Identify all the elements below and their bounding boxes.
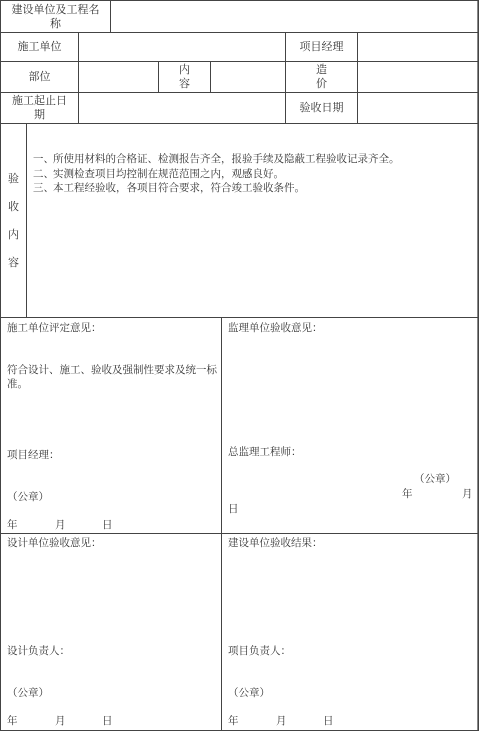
design-signer-label: 设计负责人： (7, 644, 70, 658)
location-label: 部位 (0, 61, 79, 93)
construction-period-field[interactable] (78, 92, 286, 124)
cost-field[interactable] (357, 61, 479, 93)
construction-seal: （公章） (7, 490, 49, 504)
acceptance-content-label: 验 收 内 容 (0, 123, 27, 318)
design-opinion-title: 设计单位验收意见： (7, 536, 102, 550)
location-field[interactable] (78, 61, 159, 93)
cost-label: 造 价 (285, 61, 358, 93)
supervision-day: 日 (228, 502, 239, 516)
construction-signer-label: 项目经理： (7, 448, 60, 462)
owner-seal: （公章） (228, 686, 270, 700)
acceptance-item: 三、本工程经验收，各项目符合要求，符合竣工验收条件。 (33, 181, 400, 196)
owner-signer-label: 项目负责人： (228, 644, 291, 658)
content-label: 内 容 (158, 61, 211, 93)
construction-month: 月 (55, 518, 66, 532)
contractor-field[interactable] (78, 32, 286, 62)
acceptance-date-field[interactable] (357, 92, 479, 124)
construction-year: 年 (7, 518, 18, 532)
construction-period-label: 施工起止日 期 (0, 92, 79, 124)
supervision-seal: （公章） (414, 472, 456, 486)
design-year: 年 (7, 714, 18, 728)
owner-month: 月 (276, 714, 287, 728)
construction-opinion-body: 符合设计、施工、验收及强制性要求及统一标准。 (7, 363, 217, 391)
supervision-opinion-title: 监理单位验收意见： (228, 321, 323, 335)
acceptance-date-label: 验收日期 (285, 92, 358, 124)
project-name-label: 建设单位及工程名 称 (0, 0, 111, 33)
owner-result-box: 建设单位验收结果： 项目负责人： （公章） 年 月 日 (221, 533, 479, 731)
acceptance-content-area: 一、所使用材料的合格证、检测报告齐全，报验手续及隐蔽工程验收记录齐全。 二、实测… (26, 123, 479, 318)
owner-result-title: 建设单位验收结果： (228, 536, 323, 550)
content-field[interactable] (210, 61, 286, 93)
design-seal: （公章） (7, 686, 49, 700)
project-manager-field[interactable] (357, 32, 479, 62)
design-day: 日 (102, 714, 113, 728)
construction-opinion-box: 施工单位评定意见： 符合设计、施工、验收及强制性要求及统一标准。 项目经理： （… (0, 317, 222, 534)
construction-day: 日 (102, 518, 113, 532)
design-month: 月 (55, 714, 66, 728)
project-name-field[interactable] (110, 0, 479, 33)
design-opinion-box: 设计单位验收意见： 设计负责人： （公章） 年 月 日 (0, 533, 222, 731)
supervision-month: 月 (462, 487, 473, 501)
acceptance-item: 一、所使用材料的合格证、检测报告齐全，报验手续及隐蔽工程验收记录齐全。 (33, 152, 400, 167)
owner-day: 日 (323, 714, 334, 728)
acceptance-items-list: 一、所使用材料的合格证、检测报告齐全，报验手续及隐蔽工程验收记录齐全。 二、实测… (33, 152, 400, 196)
supervision-signer-label: 总监理工程师： (228, 445, 302, 459)
supervision-year: 年 (402, 487, 413, 501)
owner-year: 年 (228, 714, 239, 728)
construction-opinion-title: 施工单位评定意见： (7, 321, 102, 335)
acceptance-item: 二、实测检查项目均控制在规范范围之内，观感良好。 (33, 167, 400, 182)
project-manager-label: 项目经理 (285, 32, 358, 62)
supervision-opinion-box: 监理单位验收意见： 总监理工程师： （公章） 年 月 日 (221, 317, 479, 534)
contractor-label: 施工单位 (0, 32, 79, 62)
